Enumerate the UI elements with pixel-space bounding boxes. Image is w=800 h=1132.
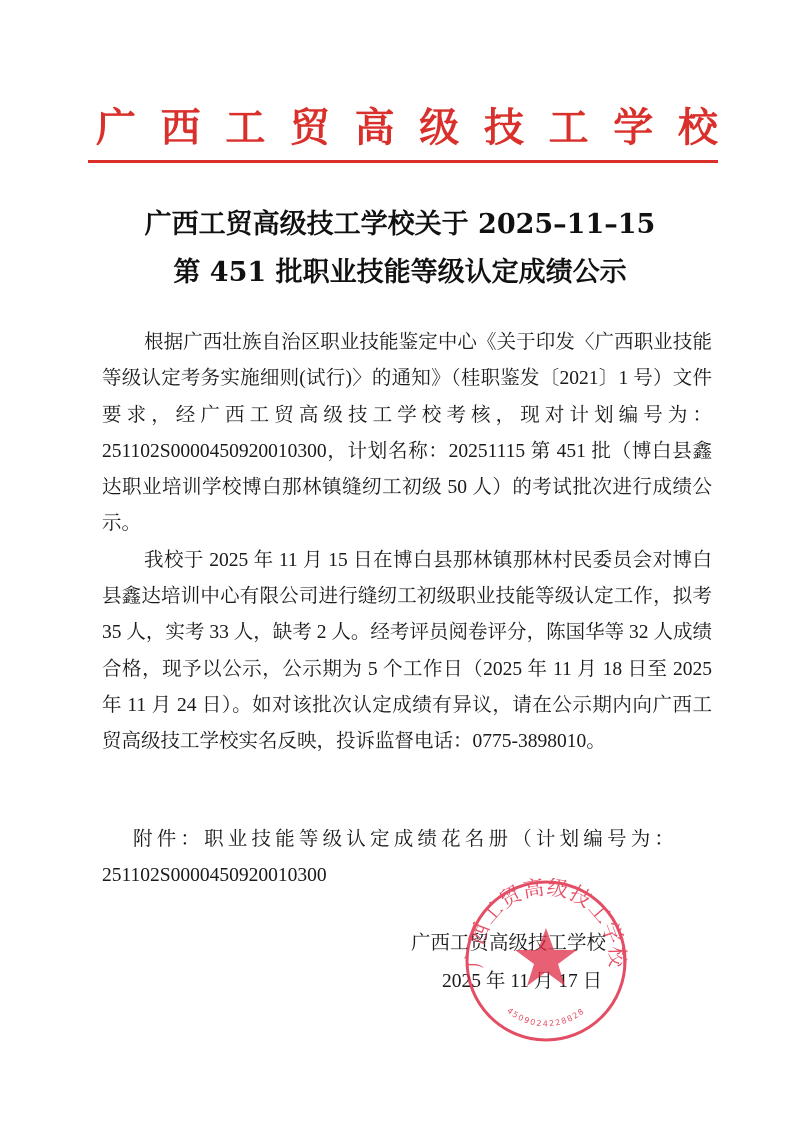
masthead-char: 级 (419, 104, 459, 152)
body-paragraph: 根据广西壮族自治区职业技能鉴定中心《关于印发〈广西职业技能等级认定考务实施细则(… (102, 325, 712, 543)
attachment-note: 附件：职业技能等级认定成绩花名册（计划编号为： 251102S000045092… (102, 822, 712, 894)
masthead-char: 校 (678, 104, 718, 152)
document-title-line-1: 广西工贸高级技工学校关于 2025–11–15 (0, 202, 800, 241)
document-body: 根据广西壮族自治区职业技能鉴定中心《关于印发〈广西职业技能等级认定考务实施细则(… (102, 325, 712, 761)
masthead-char: 高 (355, 104, 395, 152)
masthead-char: 工 (225, 104, 265, 152)
document-title-line-2: 第 451 批职业技能等级认定成绩公示 (0, 250, 800, 289)
body-paragraph: 我校于 2025 年 11 月 15 日在博白县那林镇那林村民委员会对博白县鑫达… (102, 543, 712, 761)
masthead-char: 广 (96, 104, 136, 152)
svg-text:4509024228828: 4509024228828 (505, 1006, 586, 1028)
masthead-char: 西 (161, 104, 201, 152)
masthead-char: 工 (549, 104, 589, 152)
stamp-serial-number: 4509024228828 (505, 1006, 586, 1028)
masthead-char: 技 (484, 104, 524, 152)
signature-organization: 广西工贸高级技工学校 (400, 925, 680, 963)
masthead-char: 贸 (290, 104, 330, 152)
signature-block: 广西工贸高级技工学校 2025 年 11 月 17 日 (400, 925, 680, 1001)
attachment-plan-number: 251102S0000450920010300 (102, 858, 712, 894)
signature-date: 2025 年 11 月 17 日 (400, 963, 680, 1001)
masthead-divider (88, 160, 718, 163)
masthead: 广 西 工 贸 高 级 技 工 学 校 (96, 104, 718, 152)
document-page: 广 西 工 贸 高 级 技 工 学 校 广西工贸高级技工学校关于 2025–11… (0, 0, 800, 1132)
masthead-char: 学 (613, 104, 653, 152)
attachment-line-1: 附件：职业技能等级认定成绩花名册（计划编号为： (102, 822, 712, 858)
